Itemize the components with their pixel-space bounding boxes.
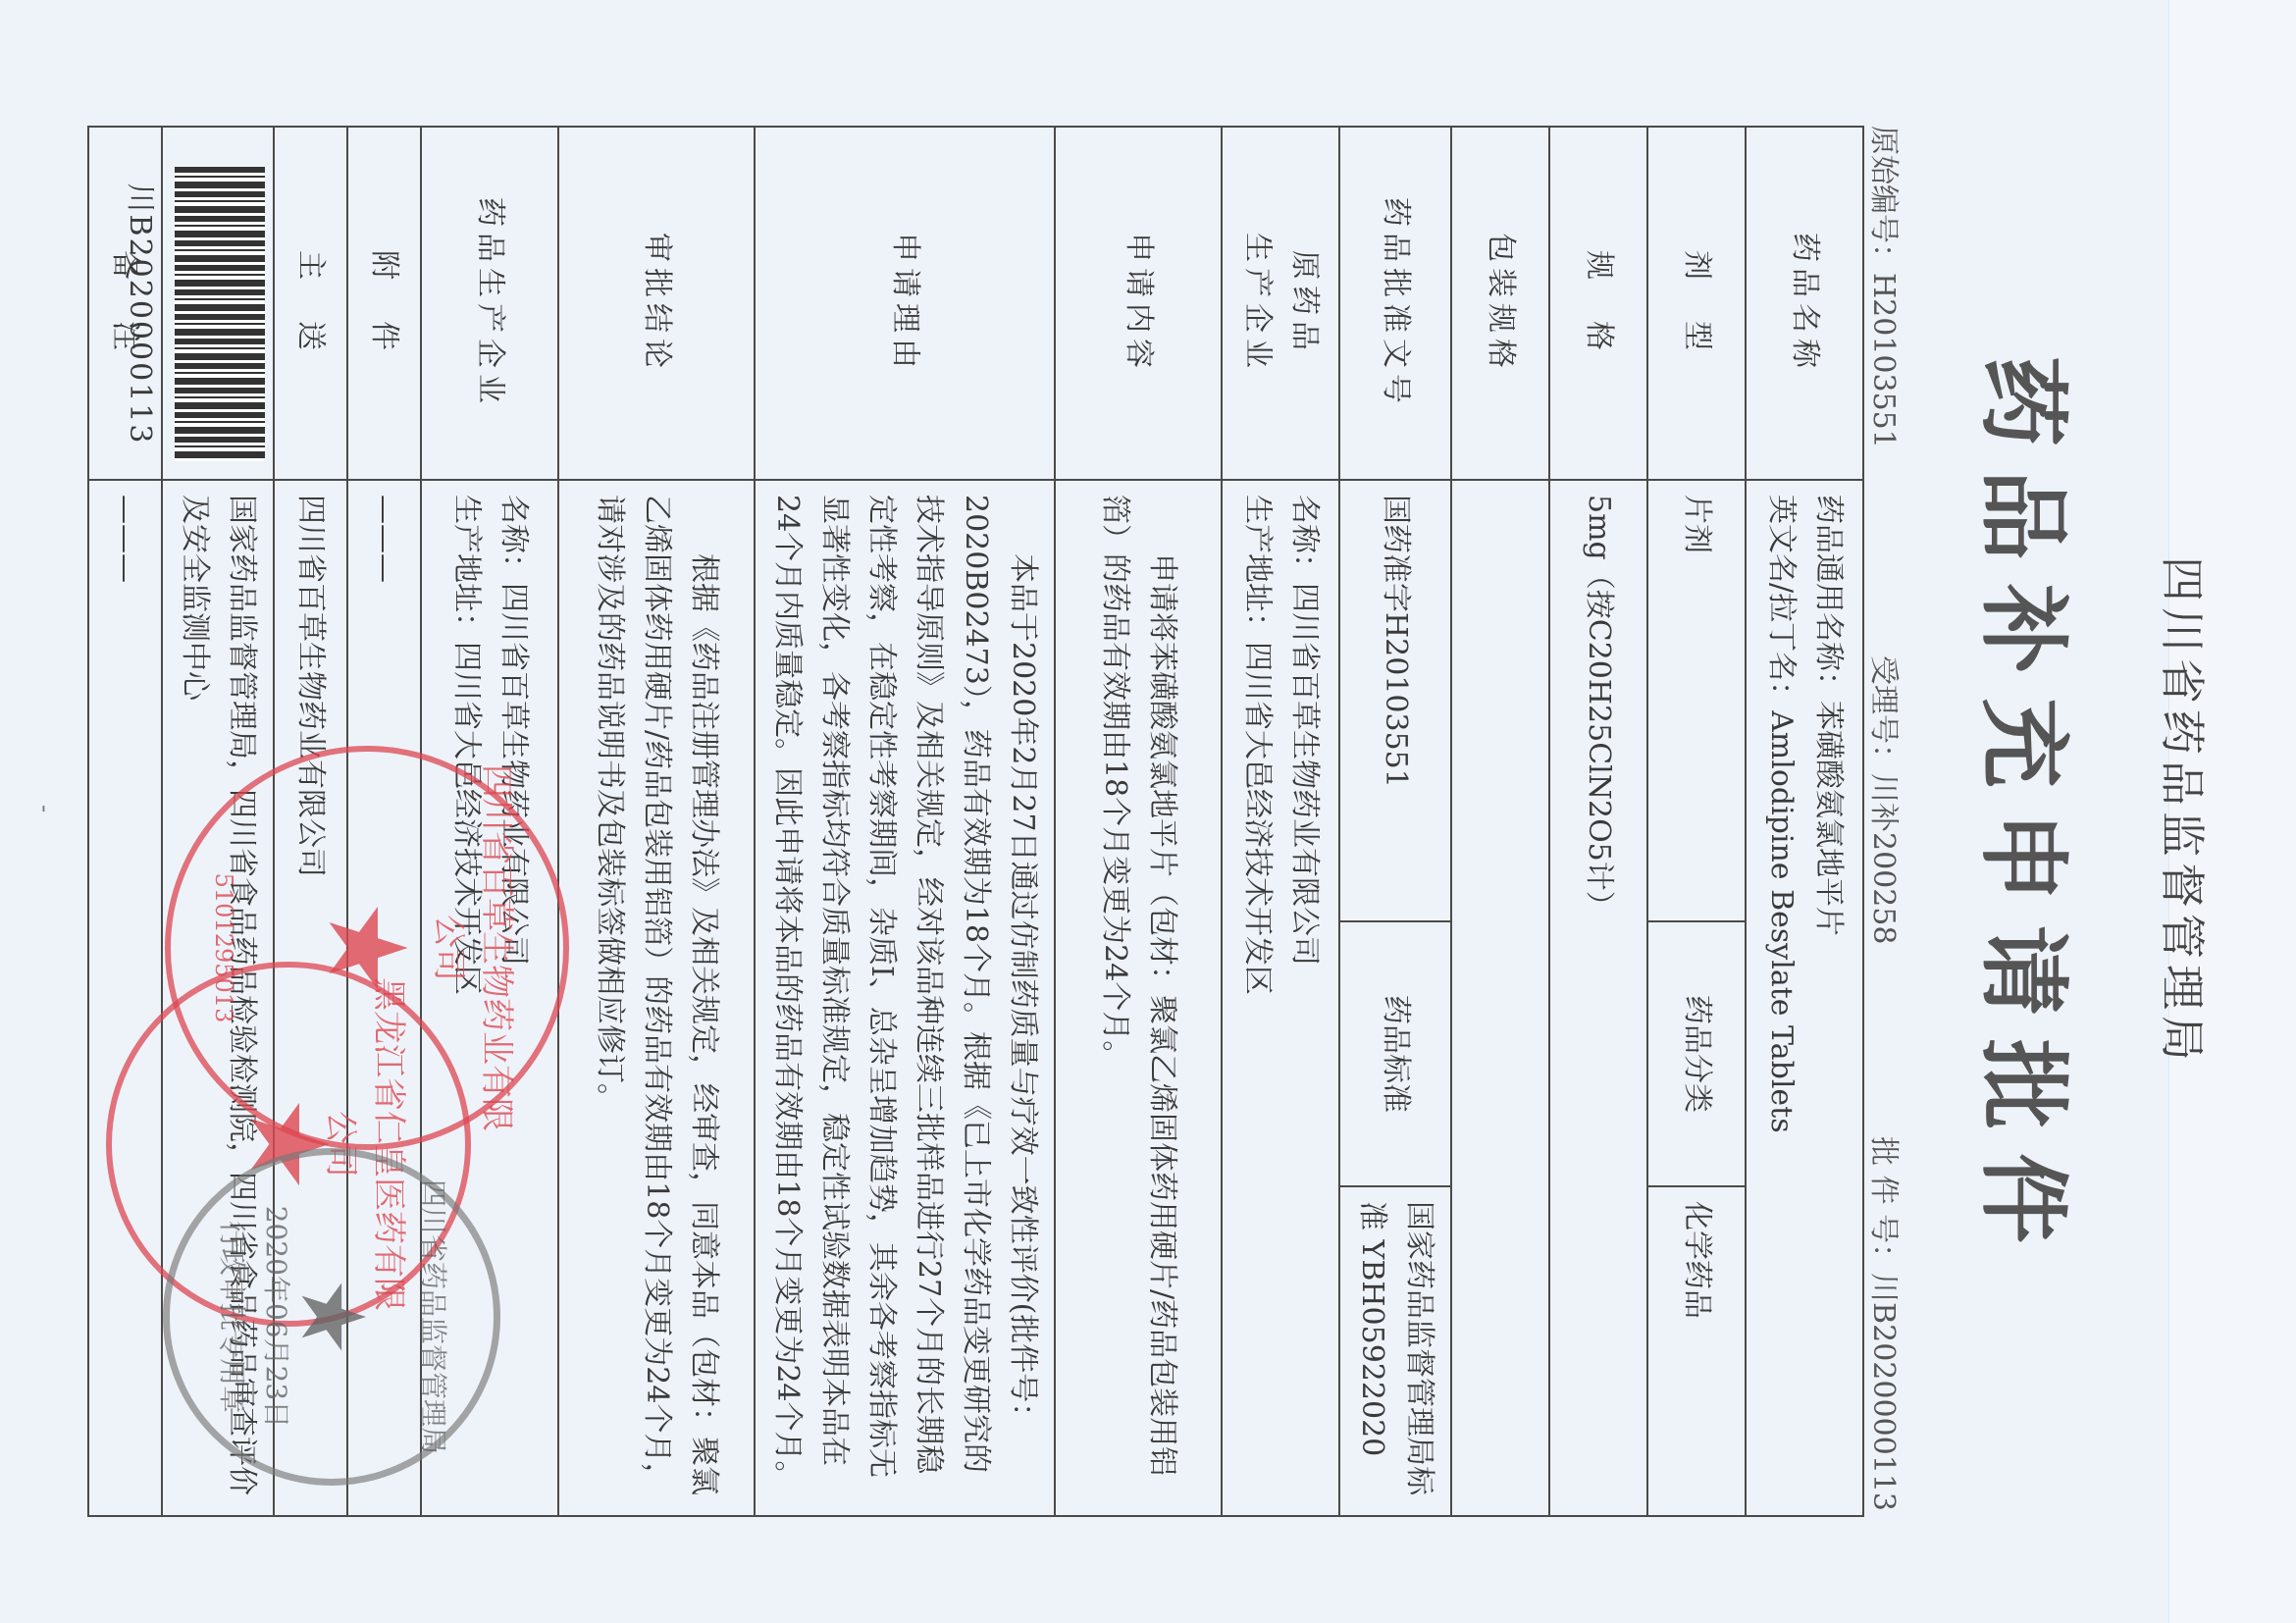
barcode-number: 川B2020000113 — [122, 167, 165, 461]
label-standard: 药品标准 — [1339, 921, 1451, 1186]
document-title: 药品补充申请批件 — [1965, 0, 2095, 1623]
agency-name: 四川省药品监督管理局 — [2153, 0, 2218, 1623]
label-main-recipient: 主 送 — [274, 127, 347, 480]
row-dosage-form: 剂 型 片剂 药品分类 化学药品 — [1647, 127, 1746, 1516]
label-category: 药品分类 — [1647, 921, 1746, 1186]
approval-number-value: 川B2020000113 — [1866, 1273, 1901, 1511]
original-number-label: 原始编号： — [1866, 126, 1901, 273]
acceptance-number-label: 受理号： — [1866, 655, 1901, 773]
orig-manufacturer-address: 生产地址：四川省大邑经济技术开发区 — [1233, 495, 1280, 1501]
generic-name: 药品通用名称：苯磺酸氨氯地平片 — [1804, 495, 1852, 1501]
row-orig-manufacturer: 原药品 生产企业 名称：四川省百草生物药业有限公司 生产地址：四川省大邑经济技术… — [1222, 127, 1339, 1516]
row-packaging: 包装规格 — [1451, 127, 1549, 1516]
label-application-content: 申请内容 — [1055, 127, 1222, 480]
value-spec: 5mg（按C20H25ClN2O5计） — [1549, 480, 1647, 1516]
label-conclusion: 审批结论 — [558, 127, 755, 480]
value-standard: 国家药品监督管理局标准 YBH05922020 — [1339, 1186, 1451, 1516]
value-category: 化学药品 — [1647, 1186, 1746, 1516]
approval-number: 批 件 号：川B2020000113 — [1865, 1136, 1908, 1511]
value-application-content: 申请将苯磺酸氨氯地平片（包材：聚氯乙烯固体药用硬片/药品包装用铝箔）的药品有效期… — [1055, 480, 1222, 1516]
value-conclusion: 根据《药品注册管理办法》及相关规定，经审查，同意本品（包材：聚氯乙烯固体药用硬片… — [558, 480, 755, 1516]
value-remarks: ——— — [88, 480, 162, 1516]
label-spec: 规 格 — [1549, 127, 1647, 480]
agency-seal: 四川省药品监督管理局 ★ 2020年06月23日 行政审批专用章 — [163, 1148, 500, 1486]
label-manufacturer: 药品生产企业 — [421, 127, 558, 480]
label-attachment: 附 件 — [347, 127, 421, 480]
acceptance-number-value: 川补200258 — [1866, 773, 1901, 945]
application-content-text: 申请将苯磺酸氨氯地平片（包材：聚氯乙烯固体药用硬片/药品包装用铝箔）的药品有效期… — [1091, 495, 1185, 1501]
label-packaging: 包装规格 — [1451, 127, 1549, 480]
row-spec: 规 格 5mg（按C20H25ClN2O5计） — [1549, 127, 1647, 1516]
value-orig-manufacturer: 名称：四川省百草生物药业有限公司 生产地址：四川省大邑经济技术开发区 — [1222, 480, 1339, 1516]
value-application-reason: 本品于2020年2月27日通过仿制药质量与疗效一致性评价(批件号：2020B02… — [755, 480, 1055, 1516]
value-dosage-form: 片剂 — [1647, 480, 1746, 921]
barcode-bars — [175, 167, 265, 461]
row-drug-name: 药品名称 药品通用名称：苯磺酸氨氯地平片 英文名/拉丁名：Amlodipine … — [1746, 127, 1863, 1516]
english-name: 英文名/拉丁名：Amlodipine Besylate Tablets — [1757, 495, 1804, 1501]
label-orig-manufacturer: 原药品 生产企业 — [1222, 127, 1339, 480]
barcode: 川B2020000113 — [122, 167, 265, 461]
row-application-content: 申请内容 申请将苯磺酸氨氯地平片（包材：聚氯乙烯固体药用硬片/药品包装用铝箔）的… — [1055, 127, 1222, 1516]
label-dosage-form: 剂 型 — [1647, 127, 1746, 480]
application-reason-text: 本品于2020年2月27日通过仿制药质量与疗效一致性评价(批件号：2020B02… — [763, 495, 1046, 1501]
value-packaging — [1451, 480, 1549, 1516]
label-application-reason: 申请理由 — [755, 127, 1055, 480]
value-drug-name: 药品通用名称：苯磺酸氨氯地平片 英文名/拉丁名：Amlodipine Besyl… — [1746, 480, 1863, 1516]
label-drug-name: 药品名称 — [1746, 127, 1863, 480]
approval-document-page: 四川省药品监督管理局 药品补充申请批件 原始编号：H20103551 受理号：川… — [0, 0, 2296, 1623]
value-approval-doc: 国药准字H20103551 — [1339, 480, 1451, 921]
original-number-value: H20103551 — [1866, 273, 1901, 448]
row-application-reason: 申请理由 本品于2020年2月27日通过仿制药质量与疗效一致性评价(批件号：20… — [755, 127, 1055, 1516]
agency-seal-text: 四川省药品监督管理局 — [415, 1155, 454, 1479]
approval-number-label: 批 件 号： — [1866, 1136, 1901, 1273]
acceptance-number: 受理号：川补200258 — [1865, 655, 1908, 945]
star-icon: ★ — [287, 1278, 376, 1357]
conclusion-text: 根据《药品注册管理办法》及相关规定，经审查，同意本品（包材：聚氯乙烯固体药用硬片… — [586, 495, 727, 1501]
agency-seal-date: 2020年06月23日 — [258, 1155, 297, 1479]
label-approval-doc: 药品批准文号 — [1339, 127, 1451, 480]
orig-manufacturer-name: 名称：四川省百草生物药业有限公司 — [1280, 495, 1328, 1501]
row-conclusion: 审批结论 根据《药品注册管理办法》及相关规定，经审查，同意本品（包材：聚氯乙烯固… — [558, 127, 755, 1516]
agency-seal-footer: 行政审批专用章 — [214, 1155, 253, 1479]
row-approval-doc: 药品批准文号 国药准字H20103551 药品标准 国家药品监督管理局标准 YB… — [1339, 127, 1451, 1516]
page-mark: - — [31, 805, 59, 812]
original-number: 原始编号：H20103551 — [1865, 126, 1908, 448]
